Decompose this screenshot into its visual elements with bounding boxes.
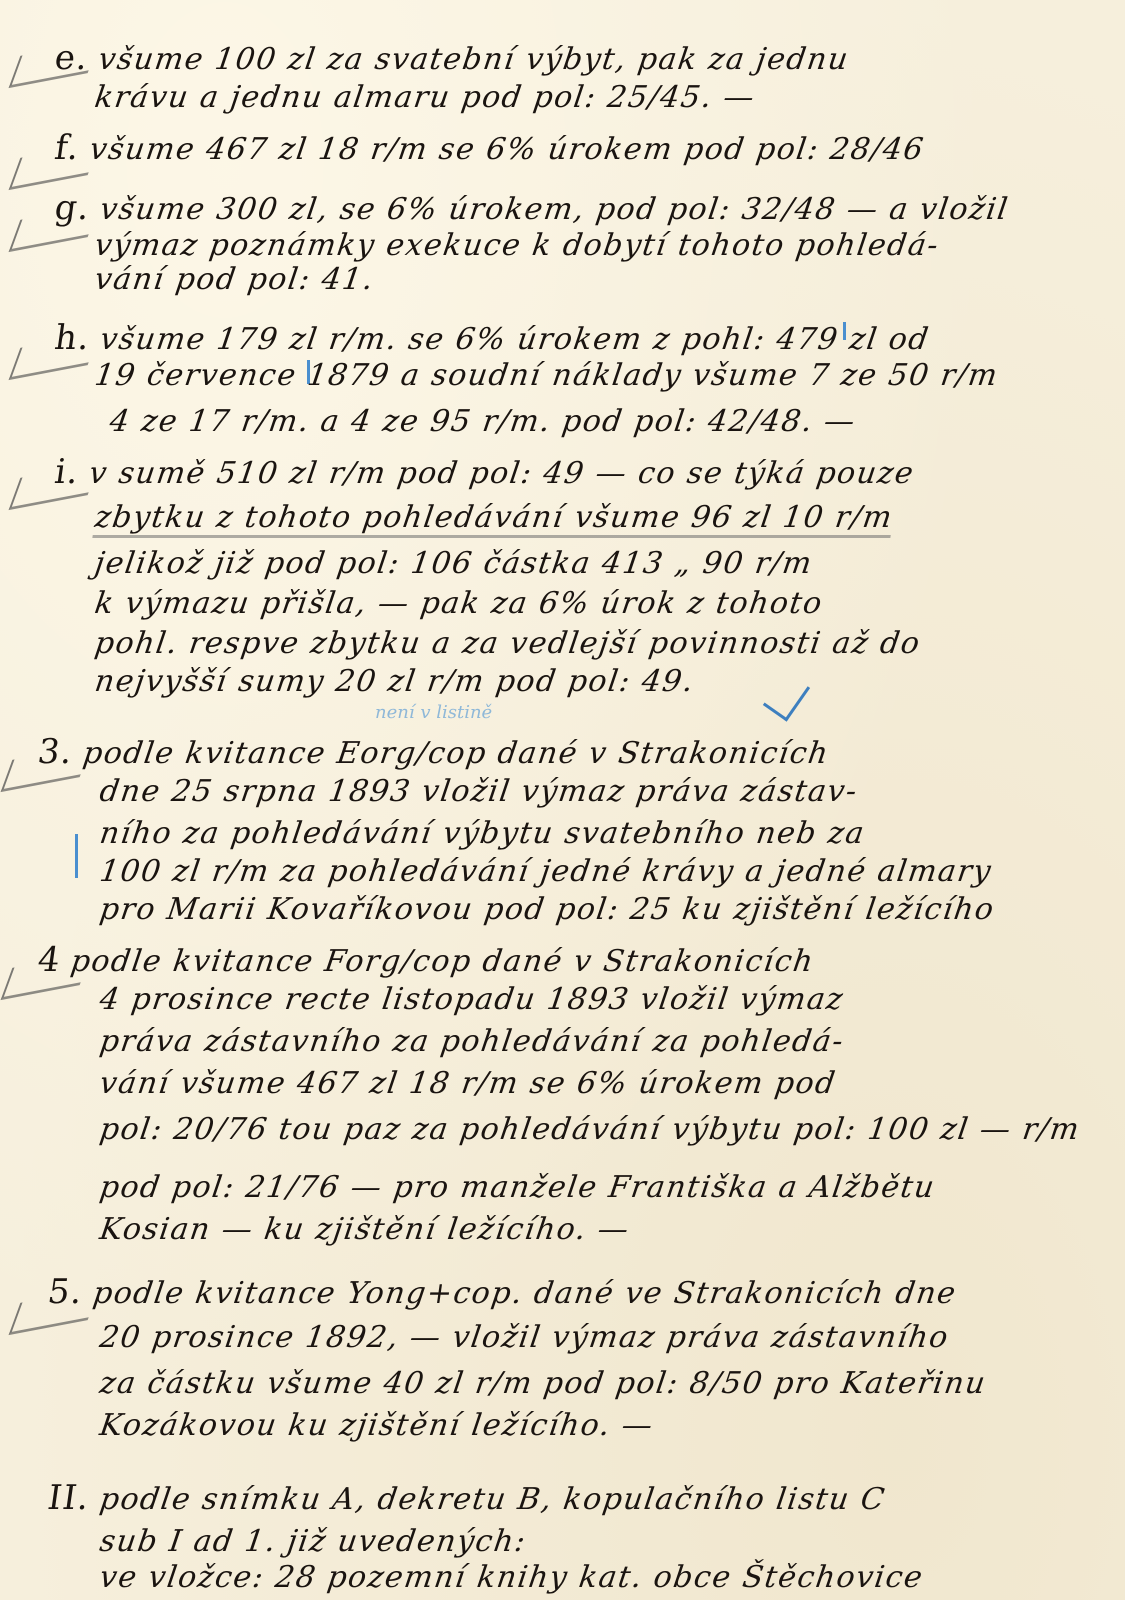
entry-f-line-1: f.všume 467 zl 18 r/m se 6% úrokem pod p… <box>52 128 927 168</box>
entry-e-line-2: krávu a jednu almaru pod pol: 25/45. — <box>93 80 758 115</box>
blue-pencil-note: není v listině <box>375 702 492 723</box>
entry-5-line-1: 5.podle kvitance Yong+cop. dané ve Strak… <box>45 1272 959 1312</box>
entry-h-line-2: 19 července 1879 a soudní náklady všume … <box>93 358 1001 393</box>
entry-i-line-3: jelikož již pod pol: 106 částka 413 „ 90… <box>93 546 816 581</box>
entry-g-line-1: g.všume 300 zl, se 6% úrokem, pod pol: 3… <box>52 188 1011 228</box>
entry-4-line-5: pol: 20/76 tou paz za pohledávání výbytu… <box>98 1112 1083 1147</box>
manuscript-page: e.všume 100 zl za svatební výbyt, pak za… <box>0 0 1125 1600</box>
entry-i-line-5: pohl. respve zbytku a za vedlejší povinn… <box>93 626 923 661</box>
blue-check-icon <box>763 671 810 721</box>
entry-i-line-2: zbytku z tohoto pohledávání všume 96 zl … <box>92 500 895 538</box>
entry-3-line-5: pro Marii Kovaříkovou pod pol: 25 ku zji… <box>98 892 997 927</box>
entry-3-line-4: 100 zl r/m za pohledávání jedné krávy a … <box>98 854 995 889</box>
entry-3-line-3: ního za pohledávání výbytu svatebního ne… <box>98 816 868 851</box>
entry-4-line-2: 4 prosince recte listopadu 1893 vložil v… <box>98 982 847 1017</box>
entry-label: e. <box>52 38 92 78</box>
entry-h-line-3: 4 ze 17 r/m. a 4 ze 95 r/m. pod pol: 42/… <box>108 404 859 439</box>
entry-5-line-4: Kozákovou ku zjištění ležícího. — <box>98 1408 656 1443</box>
entry-i-line-1: i.v sumě 510 zl r/m pod pol: 49 — co se … <box>52 452 917 492</box>
entry-5-line-2: 20 prosince 1892, — vložil výmaz práva z… <box>98 1320 952 1355</box>
entry-4-line-1: 4podle kvitance Forg/cop dané v Strakoni… <box>35 940 817 980</box>
entry-4-line-3: práva zástavního za pohledávání za pohle… <box>98 1024 847 1059</box>
entry-h-line-1: h.všume 179 zl r/m. se 6% úrokem z pohl:… <box>52 318 932 358</box>
entry-4-line-7: Kosian — ku zjištění ležícího. — <box>98 1212 632 1247</box>
entry-3-line-2: dne 25 srpna 1893 vložil výmaz práva zás… <box>98 774 861 809</box>
entry-4-line-4: vání všume 467 zl 18 r/m se 6% úrokem po… <box>98 1066 839 1101</box>
blue-pencil-mark <box>843 322 846 340</box>
entry-e-line-1: e.všume 100 zl za svatební výbyt, pak za… <box>52 38 852 78</box>
entry-g-line-3: vání pod pol: 41. <box>93 262 377 297</box>
entry-3-line-1: 3.podle kvitance Eorg/cop dané v Strakon… <box>35 732 832 772</box>
entry-4-line-6: pod pol: 21/76 — pro manžele Františka a… <box>98 1170 938 1205</box>
entry-g-line-2: výmaz poznámky exekuce k dobytí tohoto p… <box>93 228 942 263</box>
entry-i-line-4: k výmazu přišla, — pak za 6% úrok z toho… <box>93 586 826 621</box>
entry-II-line-2: sub I ad 1. již uvedených: <box>98 1524 529 1559</box>
entry-II-line-3: ve vložce: 28 pozemní knihy kat. obce Št… <box>98 1560 926 1595</box>
blue-pencil-margin-mark <box>75 834 78 878</box>
entry-i-line-6: nejvyšší sumy 20 zl r/m pod pol: 49. <box>93 664 697 699</box>
entry-5-line-3: za částku všume 40 zl r/m pod pol: 8/50 … <box>98 1366 989 1401</box>
entry-II-line-1: II.podle snímku A, dekretu B, kopulačníh… <box>45 1478 888 1518</box>
